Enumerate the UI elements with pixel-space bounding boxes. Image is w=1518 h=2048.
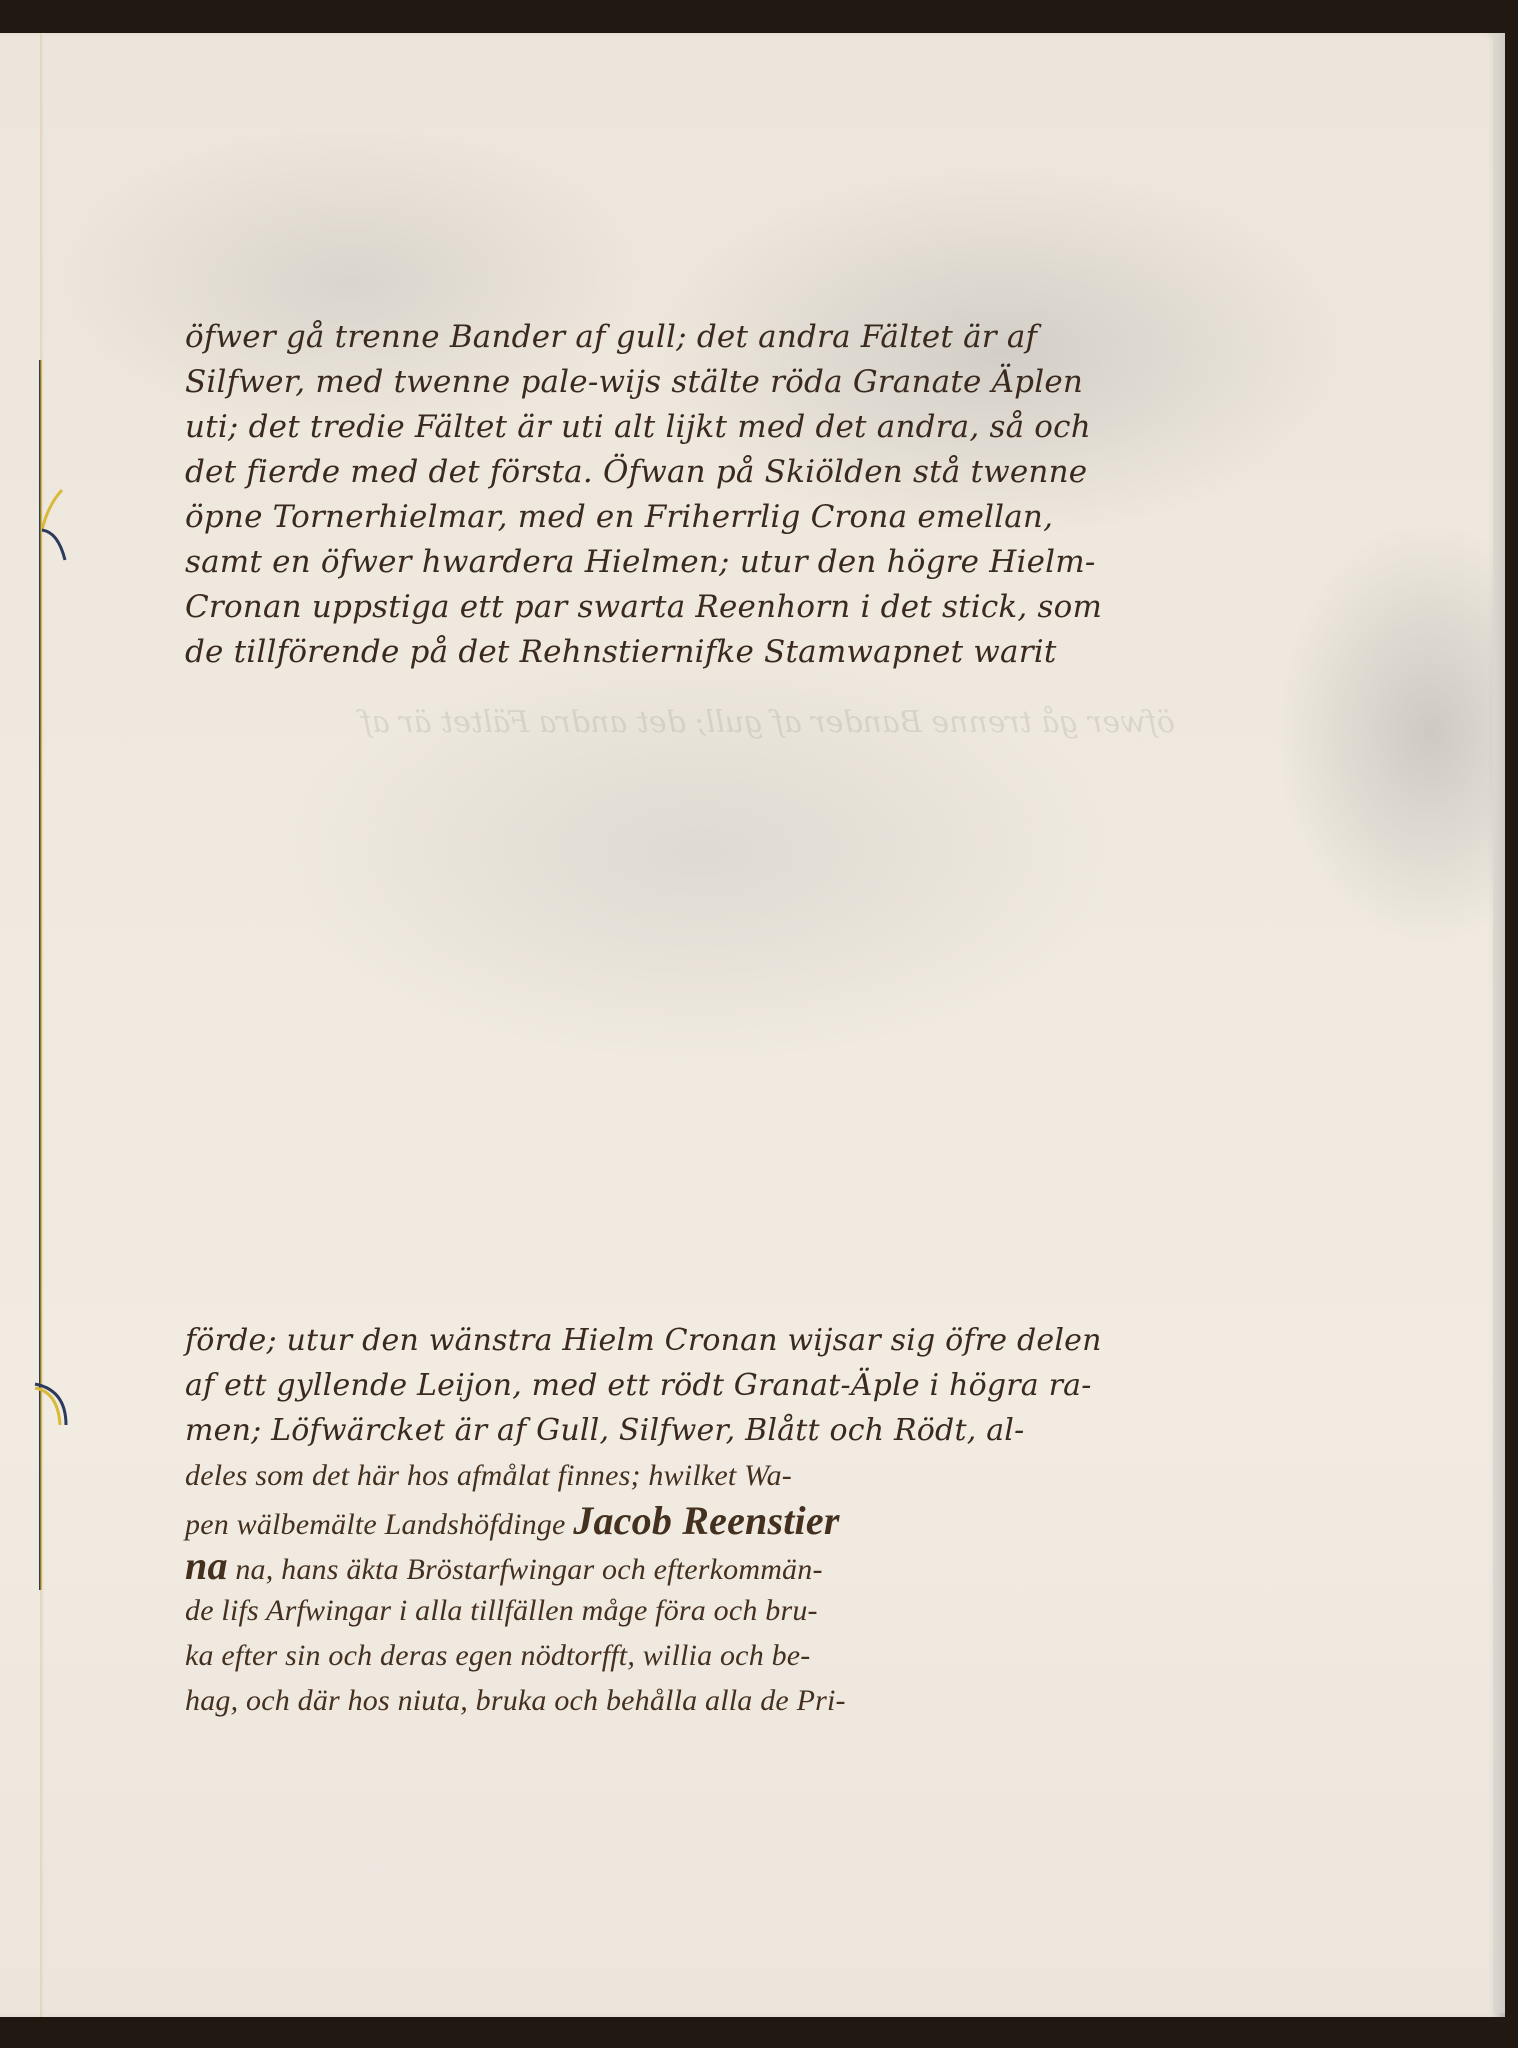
text-line-part: na, hans äkta Bröstarfwingar och efterko…	[235, 1553, 822, 1586]
text-line: na na, hans äkta Bröstarfwingar och efte…	[185, 1543, 1185, 1588]
text-line: samt en öfwer hwardera Hielmen; utur den…	[185, 540, 1185, 585]
text-line: Silfwer, med twenne pale-wijs stälte röd…	[185, 360, 1185, 405]
text-line: öpne Tornerhielmar, med en Friherrlig Cr…	[185, 495, 1185, 540]
thread-knot-lower-icon	[30, 1380, 80, 1460]
text-line: de lifs Arfwingar i alla tillfällen måge…	[185, 1588, 1185, 1633]
text-line: förde; utur den wänstra Hielm Cronan wij…	[185, 1318, 1185, 1363]
text-line: af ett gyllende Leijon, med ett rödt Gra…	[185, 1363, 1185, 1408]
page-edge	[1493, 33, 1505, 2013]
text-line: hag, och där hos niuta, bruka och behåll…	[185, 1678, 1185, 1723]
lower-text-block: förde; utur den wänstra Hielm Cronan wij…	[185, 1318, 1185, 1453]
text-line: de tillförende på det Rehnstiernifke Sta…	[185, 630, 1185, 675]
text-line-part: pen wälbemälte Landshöfdinge	[185, 1508, 566, 1541]
upper-text-block: öfwer gå trenne Bander af gull; det andr…	[185, 315, 1185, 675]
cursive-text-block: deles som det här hos afmålat finnes; hw…	[185, 1453, 1185, 1723]
text-line: ka efter sin och deras egen nödtorfft, w…	[185, 1633, 1185, 1678]
text-line: Cronan uppstiga ett par swarta Reenhorn …	[185, 585, 1185, 630]
thread-knot-upper-icon	[30, 470, 80, 570]
text-line: det fierde med det första. Öfwan på Skiö…	[185, 450, 1185, 495]
text-line: pen wälbemälte Landshöfdinge Jacob Reens…	[185, 1498, 1185, 1543]
text-line: men; Löfwärcket är af Gull, Silfwer, Blå…	[185, 1408, 1185, 1453]
text-line: uti; det tredie Fältet är uti alt lijkt …	[185, 405, 1185, 450]
text-line: öfwer gå trenne Bander af gull; det andr…	[185, 315, 1185, 360]
emphasized-name-cont: na	[185, 1543, 228, 1588]
text-line: deles som det här hos afmålat finnes; hw…	[185, 1453, 1185, 1498]
emphasized-name: Jacob Reenstier	[573, 1498, 839, 1543]
